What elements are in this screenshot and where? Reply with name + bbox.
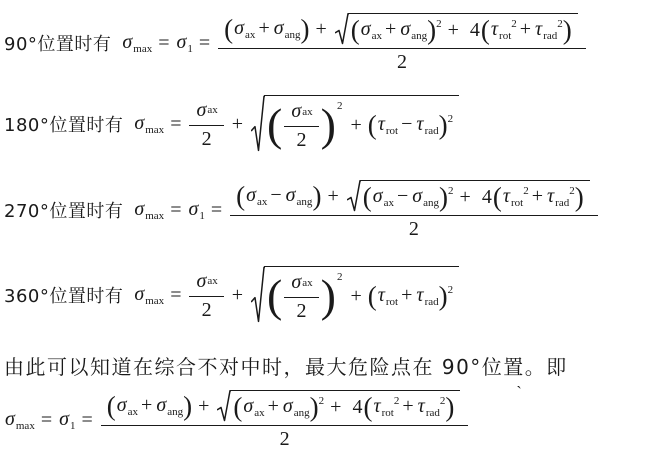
right-paren: ) xyxy=(563,15,572,45)
plus-operator: + xyxy=(401,284,412,306)
left-paren: ( xyxy=(363,392,372,422)
position-label-270: 270°位置时有 xyxy=(4,197,123,223)
square-root: ( σax 2 ) 2 + (τrot−τrad)2 xyxy=(251,95,459,153)
right-paren: ) xyxy=(439,281,448,311)
equals-sign: = xyxy=(211,199,222,222)
sub-ang: ang xyxy=(167,406,183,418)
sub-ang: ang xyxy=(423,197,439,209)
sub-ax: ax xyxy=(384,197,394,209)
denominator-two: 2 xyxy=(296,298,306,323)
sup-two: 2 xyxy=(448,284,454,296)
numerator: σax xyxy=(284,99,318,127)
formula-line-360: 360°位置时有 σmax = σax 2 + ( σax 2 ) 2 + (τ… xyxy=(4,252,461,338)
fraction: (σax−σang) + (σax−σang)2 + 4 (τrot2+τrad… xyxy=(230,179,598,241)
sub-rad: rad xyxy=(425,125,439,137)
sigma-symbol: σ xyxy=(134,283,144,305)
right-paren: ) xyxy=(310,392,319,422)
equals-sign: = xyxy=(170,113,181,136)
sigma-symbol: σ xyxy=(156,394,166,416)
sigma-symbol: σ xyxy=(134,198,144,220)
sub-ax: ax xyxy=(254,407,264,419)
plus-operator: + xyxy=(460,186,471,209)
numerator: (σax+σang) + (σax+σang)2 + 4 (τrot2+τrad… xyxy=(218,12,586,49)
sup-two: 2 xyxy=(448,185,454,197)
sigma-1: σ1 xyxy=(58,408,75,432)
sub-rad: rad xyxy=(543,30,557,42)
paren-group-sigma-sum-squared: (σax+σang)2 xyxy=(351,17,442,44)
right-paren: ) xyxy=(575,182,584,212)
sub-rot: rot xyxy=(511,197,523,209)
sub-ax: ax xyxy=(257,196,267,208)
sigma-symbol: σ xyxy=(361,18,371,40)
left-paren: ( xyxy=(363,182,372,212)
denominator-two: 2 xyxy=(397,49,407,74)
tau-symbol: τ xyxy=(535,18,542,40)
sigma-symbol: σ xyxy=(412,185,422,207)
numerator: (σax−σang) + (σax−σang)2 + 4 (τrot2+τrad… xyxy=(230,179,598,216)
sigma-max: σmax xyxy=(121,31,152,55)
plus-operator: + xyxy=(532,185,543,207)
position-label-360: 360°位置时有 xyxy=(4,282,123,308)
sub-rad: rad xyxy=(425,296,439,308)
sub-one: 1 xyxy=(199,210,205,222)
sigma-symbol: σ xyxy=(291,100,301,123)
paren-group-sigma-sum: (σax+σang) xyxy=(224,16,309,43)
sigma-1: σ1 xyxy=(187,198,204,222)
sub-rad: rad xyxy=(426,407,440,419)
sup-two: 2 xyxy=(436,18,442,30)
plus-operator: + xyxy=(385,18,396,40)
sub-ax: ax xyxy=(207,275,217,287)
right-paren: ) xyxy=(439,110,448,140)
left-paren: ( xyxy=(224,14,233,44)
big-right-paren: ) xyxy=(321,108,336,143)
sigma-symbol: σ xyxy=(122,31,132,53)
tau-symbol: τ xyxy=(503,185,510,207)
denominator-two: 2 xyxy=(409,216,419,241)
tau-symbol: τ xyxy=(373,395,380,417)
minus-operator: − xyxy=(397,185,408,207)
paren-group-tau-squares: (τrot2+τrad2) xyxy=(481,17,572,44)
left-paren: ( xyxy=(236,181,245,211)
right-paren: ) xyxy=(445,392,454,422)
radical-icon xyxy=(347,180,361,212)
plus-operator: + xyxy=(350,285,361,308)
sigma-symbol: σ xyxy=(134,112,144,134)
paren-group-tau-squares: (τrot2+τrad2) xyxy=(493,184,584,211)
plus-operator: + xyxy=(258,17,269,39)
sub-ax: ax xyxy=(302,106,312,118)
radical-icon xyxy=(251,266,265,324)
big-left-paren: ( xyxy=(267,108,282,143)
sigma-symbol: σ xyxy=(196,99,206,122)
fraction-sigma-ax-over-two: σax 2 xyxy=(189,269,223,322)
sigma-symbol: σ xyxy=(246,184,256,206)
plus-operator: + xyxy=(448,19,459,42)
numerator: (σax+σang) + (σax+σang)2 + 4 (τrot2+τrad… xyxy=(101,389,469,426)
sub-ang: ang xyxy=(294,407,310,419)
sub-ang: ang xyxy=(285,29,301,41)
plus-operator: + xyxy=(232,113,243,136)
radicand: ( σax 2 ) 2 + (τrot−τrad)2 xyxy=(264,95,459,153)
paren-group-sigma-sum-squared: (σax+σang)2 xyxy=(233,394,324,421)
left-paren: ( xyxy=(481,15,490,45)
square-root: ( σax 2 ) 2 + (τrot+τrad)2 xyxy=(251,266,459,324)
plus-operator: + xyxy=(350,114,361,137)
sub-max: max xyxy=(145,210,164,222)
sigma-symbol: σ xyxy=(243,395,253,417)
right-paren: ) xyxy=(312,181,321,211)
left-paren: ( xyxy=(493,182,502,212)
paren-group-tau-squares: (τrot2+τrad2) xyxy=(363,394,454,421)
sup-two: 2 xyxy=(523,185,529,197)
tau-symbol: τ xyxy=(416,113,423,135)
plus-operator: + xyxy=(327,185,338,208)
scanned-document-page: 90°位置时有 σmax = σ1 = (σax+σang) + (σax+σa… xyxy=(0,0,650,456)
tau-symbol: τ xyxy=(378,113,385,135)
sup-two: 2 xyxy=(394,395,400,407)
sigma-symbol: σ xyxy=(234,17,244,39)
tau-symbol: τ xyxy=(378,284,385,306)
coefficient-four: 4 xyxy=(352,396,362,419)
sub-rad: rad xyxy=(555,197,569,209)
sigma-symbol: σ xyxy=(274,17,284,39)
denominator-two: 2 xyxy=(202,126,212,151)
square-root: (σax+σang)2 + 4 (τrot2+τrad2) xyxy=(335,13,578,45)
sub-ax: ax xyxy=(302,277,312,289)
numerator: σax xyxy=(284,270,318,298)
sigma-symbol: σ xyxy=(188,198,198,220)
plus-operator: + xyxy=(198,395,209,418)
sigma-max: σmax xyxy=(133,112,164,136)
denominator-two: 2 xyxy=(202,297,212,322)
right-paren: ) xyxy=(300,14,309,44)
sigma-max: σmax xyxy=(4,408,35,432)
formula-line-final: σmax = σ1 = (σax+σang) + (σax+σang)2 + 4… xyxy=(4,384,522,456)
sigma-symbol: σ xyxy=(373,185,383,207)
coefficient-four: 4 xyxy=(470,19,480,42)
sigma-symbol: σ xyxy=(59,408,69,430)
sub-max: max xyxy=(16,420,35,432)
sub-ang: ang xyxy=(297,196,313,208)
radicand: (σax−σang)2 + 4 (τrot2+τrad2) xyxy=(360,180,590,212)
radical-icon xyxy=(335,13,349,45)
conclusion-line: 由此可以知道在综合不对中时，最大危险点在 90°位置。即 xyxy=(4,350,568,380)
sub-ax: ax xyxy=(128,406,138,418)
sigma-symbol: σ xyxy=(286,184,296,206)
sub-max: max xyxy=(145,295,164,307)
sigma-max: σmax xyxy=(133,283,164,307)
sub-rot: rot xyxy=(499,30,511,42)
plus-operator: + xyxy=(330,396,341,419)
sigma-max: σmax xyxy=(133,198,164,222)
position-label-180: 180°位置时有 xyxy=(4,111,123,137)
sigma-symbol: σ xyxy=(196,270,206,293)
left-paren: ( xyxy=(107,391,116,421)
sub-one: 1 xyxy=(187,43,193,55)
sub-one: 1 xyxy=(70,420,76,432)
paren-group-sigma-difference: (σax−σang) xyxy=(236,183,321,210)
plus-operator: + xyxy=(141,394,152,416)
fraction: (σax+σang) + (σax+σang)2 + 4 (τrot2+τrad… xyxy=(218,12,586,74)
plus-operator: + xyxy=(268,395,279,417)
sub-ax: ax xyxy=(207,104,217,116)
left-paren: ( xyxy=(351,15,360,45)
left-paren: ( xyxy=(233,392,242,422)
equals-sign: = xyxy=(199,32,210,55)
numerator: σax xyxy=(189,98,223,126)
equals-sign: = xyxy=(41,409,52,432)
sup-two: 2 xyxy=(448,113,454,125)
sub-max: max xyxy=(133,43,152,55)
denominator-two: 2 xyxy=(280,426,290,451)
plus-operator: + xyxy=(520,18,531,40)
stray-scan-mark: ˋ xyxy=(516,384,521,402)
paren-group-tau-difference-squared: (τrot−τrad)2 xyxy=(368,112,453,139)
right-paren: ) xyxy=(183,391,192,421)
sigma-symbol: σ xyxy=(117,394,127,416)
radicand: (σax+σang)2 + 4 (τrot2+τrad2) xyxy=(230,390,460,422)
sigma-symbol: σ xyxy=(291,271,301,294)
plus-operator: + xyxy=(315,18,326,41)
square-root: (σax−σang)2 + 4 (τrot2+τrad2) xyxy=(347,180,590,212)
radicand: ( σax 2 ) 2 + (τrot+τrad)2 xyxy=(264,266,459,324)
tau-symbol: τ xyxy=(416,284,423,306)
minus-operator: − xyxy=(270,184,281,206)
radicand: (σax+σang)2 + 4 (τrot2+τrad2) xyxy=(348,13,578,45)
right-paren: ) xyxy=(427,15,436,45)
denominator-two: 2 xyxy=(296,127,306,152)
big-right-paren: ) xyxy=(321,279,336,314)
sub-ang: ang xyxy=(411,30,427,42)
plus-operator: + xyxy=(402,395,413,417)
tau-symbol: τ xyxy=(547,185,554,207)
sub-ax: ax xyxy=(245,29,255,41)
equals-sign: = xyxy=(81,409,92,432)
right-paren: ) xyxy=(439,182,448,212)
sub-max: max xyxy=(145,124,164,136)
sigma-symbol: σ xyxy=(177,31,187,53)
tau-symbol: τ xyxy=(418,395,425,417)
sup-two: 2 xyxy=(337,100,343,112)
equals-sign: = xyxy=(158,32,169,55)
plus-operator: + xyxy=(232,284,243,307)
conclusion-text: 由此可以知道在综合不对中时，最大危险点在 90°位置。即 xyxy=(4,351,568,380)
radical-icon xyxy=(217,390,231,422)
equals-sign: = xyxy=(170,284,181,307)
tau-symbol: τ xyxy=(491,18,498,40)
paren-group-sigma-difference-squared: (σax−σang)2 xyxy=(363,184,454,211)
left-paren: ( xyxy=(368,281,377,311)
sigma-1: σ1 xyxy=(176,31,193,55)
sub-ax: ax xyxy=(372,30,382,42)
formula-line-180: 180°位置时有 σmax = σax 2 + ( σax 2 ) 2 + (τ… xyxy=(4,88,461,160)
sigma-symbol: σ xyxy=(400,18,410,40)
paren-group-tau-sum-squared: (τrot+τrad)2 xyxy=(368,283,453,310)
radical-icon xyxy=(251,95,265,153)
paren-group-sigma-sum: (σax+σang) xyxy=(107,393,192,420)
sup-two: 2 xyxy=(511,18,517,30)
sigma-symbol: σ xyxy=(5,408,15,430)
fraction-sigma-ax-over-two: σax 2 xyxy=(284,270,318,323)
position-label-90: 90°位置时有 xyxy=(4,30,111,56)
fraction-sigma-ax-over-two: σax 2 xyxy=(189,98,223,151)
minus-operator: − xyxy=(401,113,412,135)
numerator: σax xyxy=(189,269,223,297)
coefficient-four: 4 xyxy=(482,186,492,209)
fraction: (σax+σang) + (σax+σang)2 + 4 (τrot2+τrad… xyxy=(101,389,469,451)
big-left-paren: ( xyxy=(267,279,282,314)
sup-two: 2 xyxy=(337,271,343,283)
sub-rot: rot xyxy=(382,407,394,419)
sub-rot: rot xyxy=(386,125,398,137)
fraction-sigma-ax-over-two: σax 2 xyxy=(284,99,318,152)
left-paren: ( xyxy=(368,110,377,140)
equals-sign: = xyxy=(170,199,181,222)
square-root: (σax+σang)2 + 4 (τrot2+τrad2) xyxy=(217,390,460,422)
formula-line-270: 270°位置时有 σmax = σ1 = (σax−σang) + (σax−σ… xyxy=(4,166,600,254)
sub-rot: rot xyxy=(386,296,398,308)
sigma-symbol: σ xyxy=(283,395,293,417)
sup-two: 2 xyxy=(319,395,325,407)
formula-line-90: 90°位置时有 σmax = σ1 = (σax+σang) + (σax+σa… xyxy=(4,0,588,86)
